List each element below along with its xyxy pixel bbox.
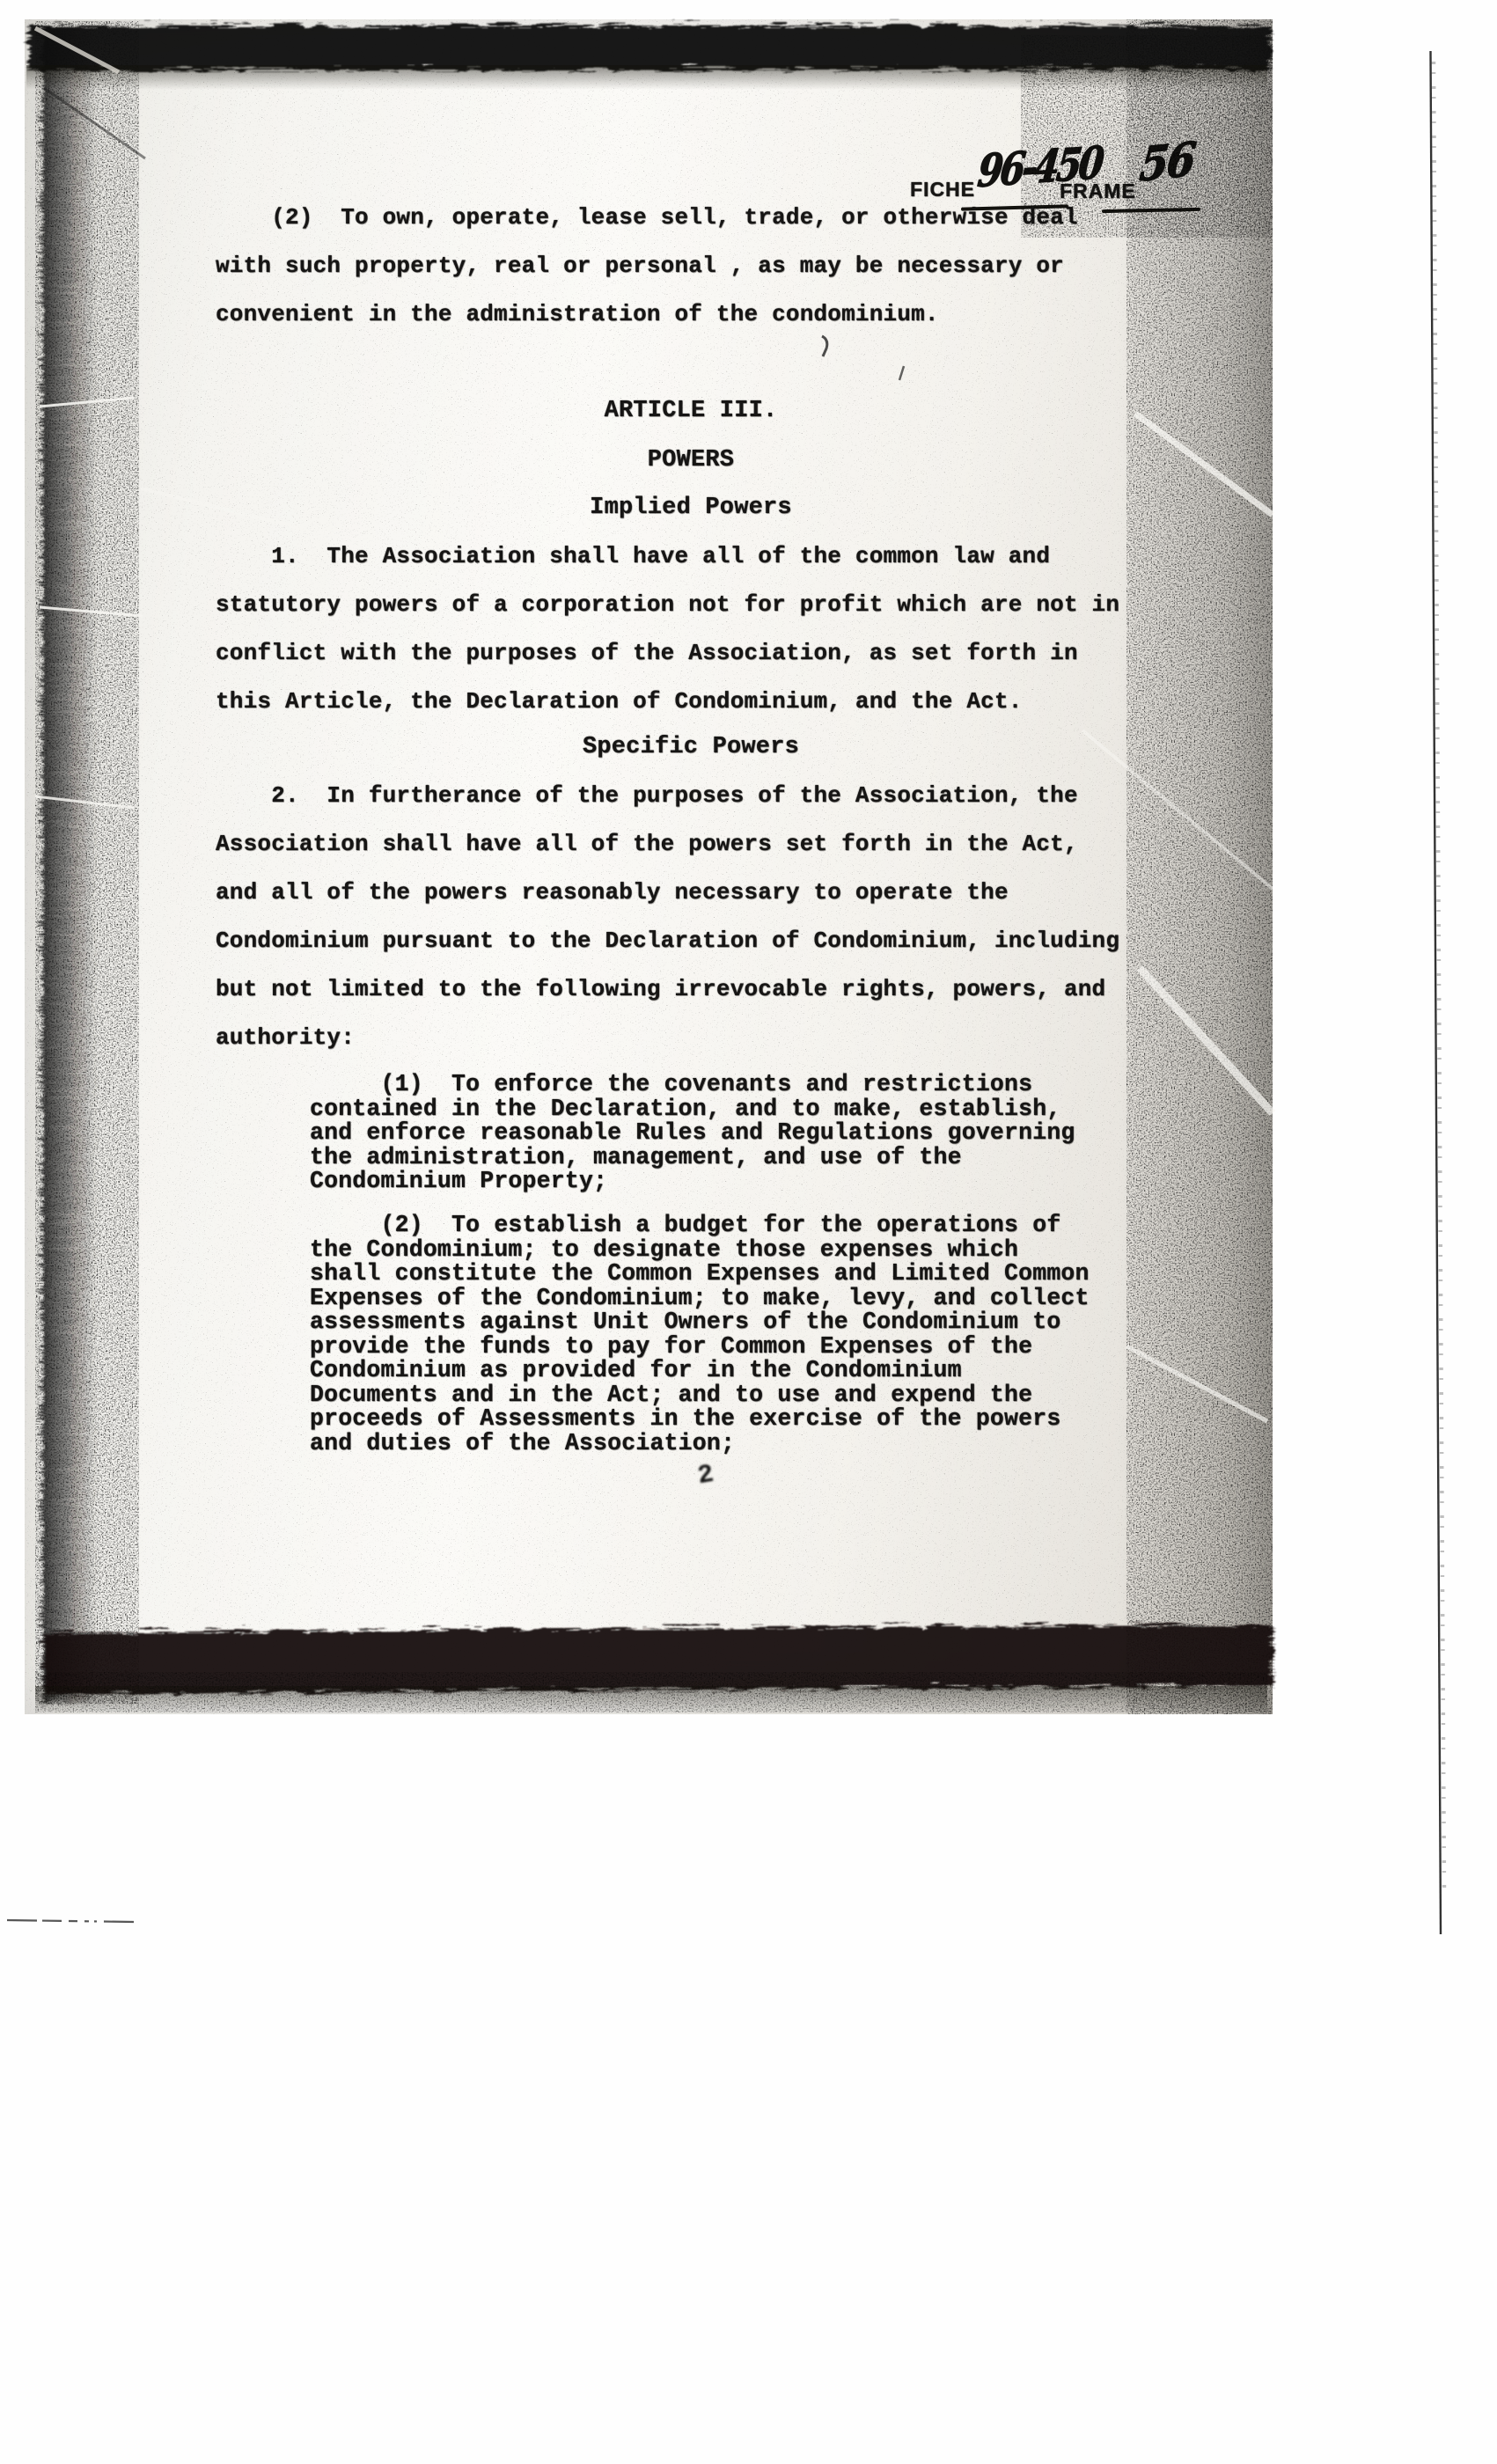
powers-heading: POWERS [233,443,1148,478]
enumerated-item-2: (2) To establish a budget for the operat… [310,1214,1090,1456]
vertical-scratch-line [1431,51,1442,1934]
scanned-document-page: FICHE 96-450 FRAME 56 (2) To own, operat… [0,0,1497,2464]
paragraph-own-operate: (2) To own, operate, lease sell, trade, … [216,194,1078,339]
frame-underline [1102,208,1200,213]
paragraph-specific-powers: 2. In furtherance of the purposes of the… [216,772,1119,1062]
paragraph-implied-powers: 1. The Association shall have all of the… [216,532,1119,726]
dashed-margin-line [7,1920,134,1922]
frame-number-handwritten: 56 [1137,132,1197,192]
implied-powers-subheading: Implied Powers [233,490,1148,525]
specific-powers-subheading: Specific Powers [233,730,1148,765]
enumerated-item-1: (1) To enforce the covenants and restric… [310,1073,1075,1194]
article-iii-heading: ARTICLE III. [233,393,1148,429]
